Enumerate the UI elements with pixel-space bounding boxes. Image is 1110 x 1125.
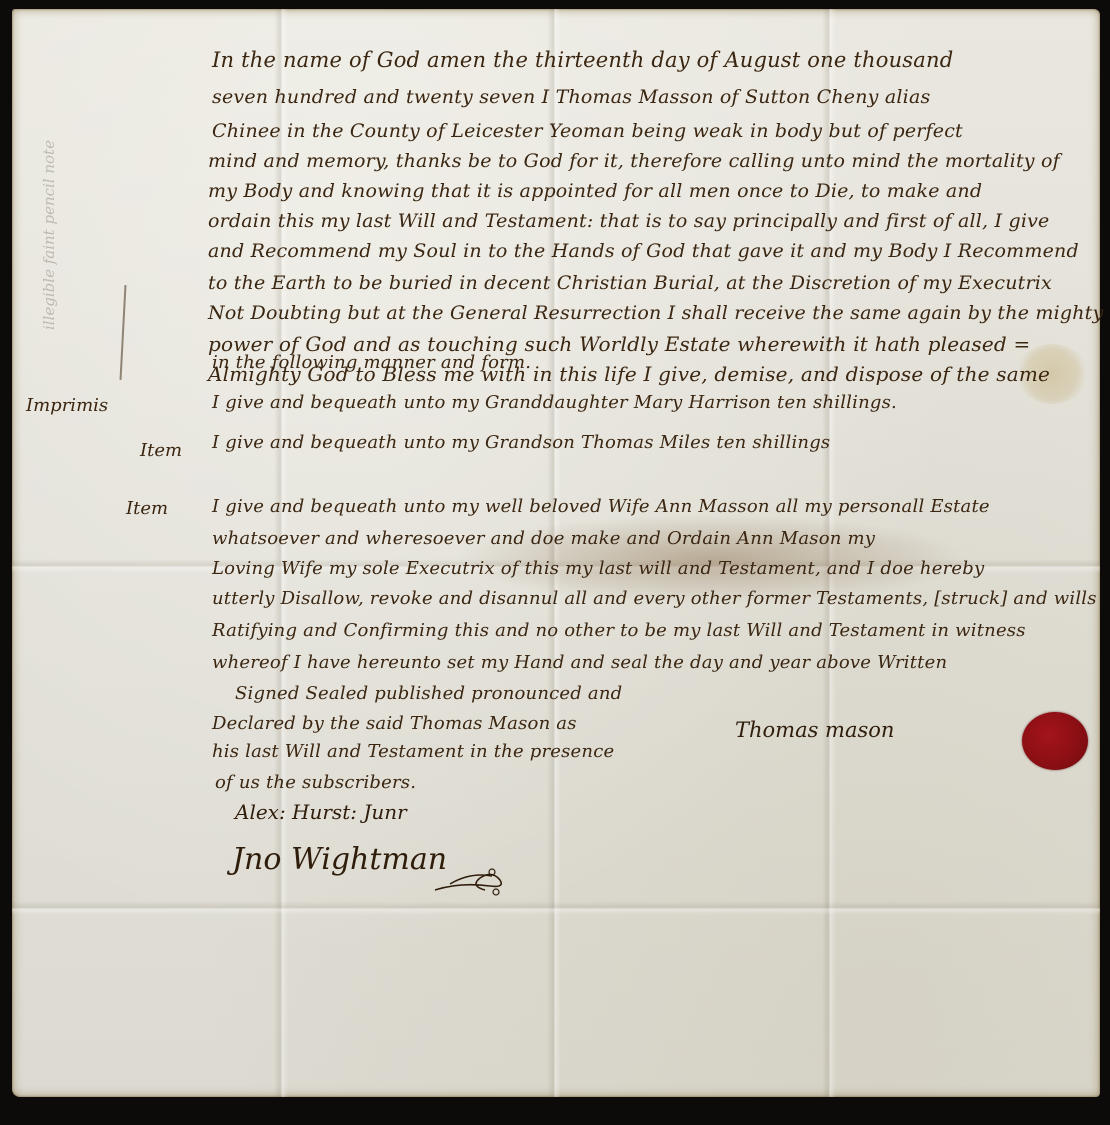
bequest-line: I give and bequeath unto my Granddaughte… bbox=[212, 392, 897, 413]
preamble-line: in the following manner and form. bbox=[212, 352, 531, 373]
attestation-line: Signed Sealed published pronounced and bbox=[235, 683, 622, 704]
preamble-line: In the name of God amen the thirteenth d… bbox=[212, 48, 953, 72]
margin-label: Item bbox=[126, 498, 168, 519]
preamble-line: to the Earth to be buried in decent Chri… bbox=[208, 272, 1052, 294]
preamble-line: Not Doubting but at the General Resurrec… bbox=[208, 302, 1103, 324]
bequest-line: I give and bequeath unto my well beloved… bbox=[212, 496, 990, 517]
manuscript-page bbox=[12, 9, 1100, 1097]
witness-signature: Jno Wightman bbox=[232, 842, 447, 877]
signature-flourish-icon bbox=[430, 860, 510, 900]
preamble-line: ordain this my last Will and Testament: … bbox=[208, 210, 1050, 232]
fold-crease-vertical bbox=[274, 9, 288, 1097]
testator-signature: Thomas mason bbox=[735, 718, 894, 742]
fold-crease-horizontal bbox=[12, 901, 1100, 915]
preamble-line: mind and memory, thanks be to God for it… bbox=[208, 150, 1060, 172]
attestation-line: Declared by the said Thomas Mason as bbox=[212, 713, 577, 734]
margin-label: Imprimis bbox=[26, 395, 108, 416]
bequest-line: utterly Disallow, revoke and disannul al… bbox=[212, 588, 1097, 609]
margin-label: Item bbox=[140, 440, 182, 461]
bequest-line: whatsoever and wheresoever and doe make … bbox=[212, 528, 875, 549]
faint-margin-note: illegible faint pencil note bbox=[40, 140, 58, 330]
preamble-line: seven hundred and twenty seven I Thomas … bbox=[212, 86, 930, 108]
preamble-line: Chinee in the County of Leicester Yeoman… bbox=[212, 120, 963, 142]
bequest-line: whereof I have hereunto set my Hand and … bbox=[212, 652, 947, 673]
bequest-line: Ratifying and Confirming this and no oth… bbox=[212, 620, 1026, 641]
attestation-line: of us the subscribers. bbox=[215, 772, 416, 793]
wax-seal bbox=[1022, 712, 1088, 770]
bequest-line: Loving Wife my sole Executrix of this my… bbox=[212, 558, 984, 579]
preamble-line: and Recommend my Soul in to the Hands of… bbox=[208, 240, 1079, 262]
preamble-line: my Body and knowing that it is appointed… bbox=[208, 180, 982, 202]
witness-signature: Alex: Hurst: Junr bbox=[235, 800, 407, 824]
bequest-line: I give and bequeath unto my Grandson Tho… bbox=[212, 432, 830, 453]
attestation-line: his last Will and Testament in the prese… bbox=[212, 741, 614, 762]
